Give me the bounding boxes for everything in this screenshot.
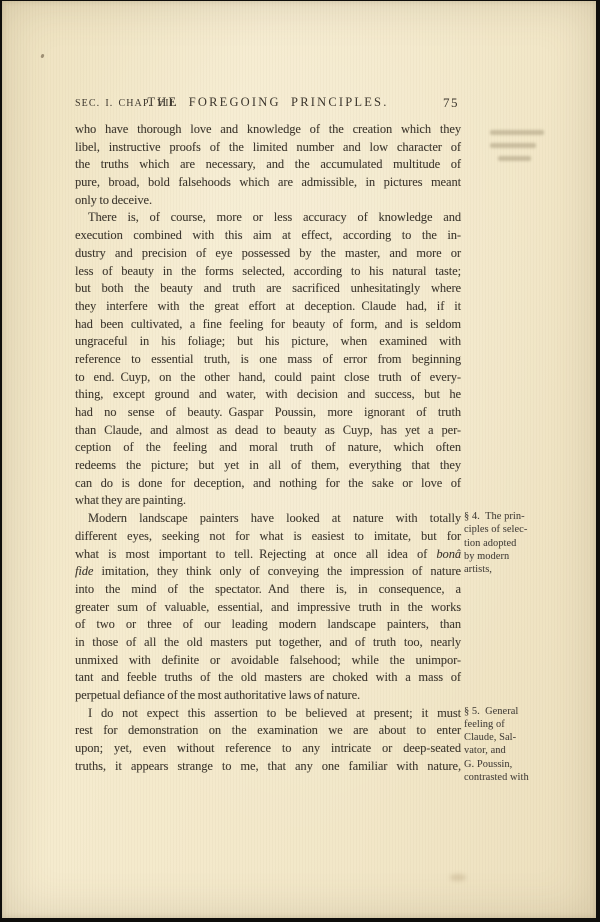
text-segment: I do not expect this assertion to be bel…	[88, 706, 461, 720]
text-segment: tant and feeble truths of the old master…	[75, 670, 461, 684]
text-line: reference to essential truth, is one mas…	[75, 351, 461, 369]
text-line: but both the beauty and truth are sacrif…	[75, 280, 461, 298]
paragraph: who have thorough love and knowledge of …	[75, 121, 461, 209]
text-line: unmixed with definite or avoidable false…	[75, 652, 461, 670]
text-segment: Modern landscape painters have looked at…	[88, 511, 461, 525]
text-line: fide imitation, they think only of conve…	[75, 563, 461, 581]
text-line: in those of all the old masters put toge…	[75, 634, 461, 652]
text-segment: reference to essential truth, is one mas…	[75, 352, 461, 366]
text-line: execution combined with this aim at effe…	[75, 227, 461, 245]
text-line: less of beauty in the forms selected, ac…	[75, 263, 461, 281]
text-line: rest for demonstration on the examinatio…	[75, 722, 461, 740]
text-line: There is, of course, more or less accura…	[75, 209, 461, 227]
text-segment: but both the beauty and truth are sacrif…	[75, 281, 461, 295]
text-line: I do not expect this assertion to be bel…	[75, 705, 461, 723]
show-through-ghost-line	[490, 143, 536, 148]
text-segment: less of beauty in the forms selected, ac…	[75, 264, 461, 278]
margin-note-line: feeling of	[464, 718, 558, 731]
text-line: who have thorough love and knowledge of …	[75, 121, 461, 139]
text-segment: different eyes, seeking not for what is …	[75, 529, 461, 543]
text-segment: upon; yet, even without reference to any…	[75, 741, 461, 755]
text-segment: truths, it appears strange to me, that a…	[75, 759, 461, 773]
text-segment: than Claude, and almost as dead to beaut…	[75, 423, 461, 437]
text-segment: imitation, they think only of conveying …	[93, 564, 461, 578]
text-line: what they are painting.	[75, 492, 461, 510]
text-line: tant and feeble truths of the old master…	[75, 669, 461, 687]
margin-note-line: contrasted with	[464, 771, 558, 784]
text-line: ungraceful in his foliage; but his pictu…	[75, 333, 461, 351]
scanned-book-page: SEC. I. CHAP. VII. THE FOREGOING PRINCIP…	[0, 0, 600, 922]
margin-note-line: by modern	[464, 550, 558, 563]
text-line: dustry and precision of eye possessed by…	[75, 245, 461, 263]
text-segment: ungraceful in his foliage; but his pictu…	[75, 334, 461, 348]
text-line: thing, except ground and water, with dec…	[75, 386, 461, 404]
italic-text-segment: bonâ	[436, 547, 461, 561]
text-line: of two or three of our leading modern la…	[75, 616, 461, 634]
text-line: truths, it appears strange to me, that a…	[75, 758, 461, 776]
text-line: ception of the feeling and moral truth o…	[75, 439, 461, 457]
margin-note-line: artists,	[464, 563, 558, 576]
page: SEC. I. CHAP. VII. THE FOREGOING PRINCIP…	[2, 1, 596, 918]
text-segment: redeems the picture; but yet in all of t…	[75, 458, 461, 472]
margin-note: § 5. Generalfeeling ofClaude, Sal-vator,…	[464, 705, 558, 784]
text-segment: greater sum of valuable, essential, and …	[75, 600, 461, 614]
text-segment: libel, instructive proofs of the limited…	[75, 140, 461, 154]
text-segment: thing, except ground and water, with dec…	[75, 387, 461, 401]
text-segment: of two or three of our leading modern la…	[75, 617, 461, 631]
text-line: than Claude, and almost as dead to beaut…	[75, 422, 461, 440]
paragraph: There is, of course, more or less accura…	[75, 209, 461, 510]
text-segment: the truths which are necessary, and the …	[75, 157, 461, 171]
text-segment: what is most important to tell. Rejectin…	[75, 547, 436, 561]
text-line: Modern landscape painters have looked at…	[75, 510, 461, 528]
text-segment: can do is done for deception, and nothin…	[75, 476, 461, 490]
page-header: SEC. I. CHAP. VII. THE FOREGOING PRINCIP…	[75, 95, 461, 112]
text-line: libel, instructive proofs of the limited…	[75, 139, 461, 157]
text-segment: what they are painting.	[75, 493, 186, 507]
text-line: into the mind of the spectator. And ther…	[75, 581, 461, 599]
show-through-ghost-line	[490, 130, 544, 135]
text-line: had no sense of beauty. Gaspar Poussin, …	[75, 404, 461, 422]
text-segment: ception of the feeling and moral truth o…	[75, 440, 461, 454]
text-segment: unmixed with definite or avoidable false…	[75, 653, 461, 667]
show-through-ghost-line	[498, 156, 531, 161]
text-column: who have thorough love and knowledge of …	[75, 121, 461, 775]
text-line: can do is done for deception, and nothin…	[75, 475, 461, 493]
text-segment: perpetual defiance of the most authorita…	[75, 688, 360, 702]
running-head-title: THE FOREGOING PRINCIPLES.	[147, 95, 388, 110]
ink-speck	[40, 54, 44, 59]
text-segment: to end. Cuyp, on the other hand, could p…	[75, 370, 461, 384]
text-segment: had been cultivated, a fine feeling for …	[75, 317, 461, 331]
text-line: pure, broad, bold falsehoods which are a…	[75, 174, 461, 192]
margin-note-line: G. Poussin,	[464, 758, 558, 771]
text-segment: they interfere with the great effort at …	[75, 299, 461, 313]
text-line: they interfere with the great effort at …	[75, 298, 461, 316]
paper-smudge	[450, 874, 466, 881]
text-segment: into the mind of the spectator. And ther…	[75, 582, 461, 596]
text-line: upon; yet, even without reference to any…	[75, 740, 461, 758]
text-segment: who have thorough love and knowledge of …	[75, 122, 461, 136]
margin-note-line: vator, and	[464, 744, 558, 757]
text-segment: execution combined with this aim at effe…	[75, 228, 461, 242]
text-segment: There is, of course, more or less accura…	[88, 210, 461, 224]
text-segment: pure, broad, bold falsehoods which are a…	[75, 175, 461, 189]
text-line: to end. Cuyp, on the other hand, could p…	[75, 369, 461, 387]
text-segment: had no sense of beauty. Gaspar Poussin, …	[75, 405, 461, 419]
margin-note-line: § 5. General	[464, 705, 558, 718]
text-line: what is most important to tell. Rejectin…	[75, 546, 461, 564]
margin-note-line: ciples of selec-	[464, 523, 558, 536]
margin-note-line: Claude, Sal-	[464, 731, 558, 744]
page-number: 75	[443, 95, 459, 111]
text-line: redeems the picture; but yet in all of t…	[75, 457, 461, 475]
paragraph: I do not expect this assertion to be bel…	[75, 705, 461, 776]
margin-note: § 4. The prin-ciples of selec-tion adopt…	[464, 510, 558, 576]
text-line: only to deceive.	[75, 192, 461, 210]
text-line: the truths which are necessary, and the …	[75, 156, 461, 174]
text-segment: rest for demonstration on the examinatio…	[75, 723, 461, 737]
text-line: greater sum of valuable, essential, and …	[75, 599, 461, 617]
italic-text-segment: fide	[75, 564, 93, 578]
text-line: had been cultivated, a fine feeling for …	[75, 316, 461, 334]
text-line: different eyes, seeking not for what is …	[75, 528, 461, 546]
paragraph: Modern landscape painters have looked at…	[75, 510, 461, 705]
margin-note-line: tion adopted	[464, 537, 558, 550]
text-segment: in those of all the old masters put toge…	[75, 635, 461, 649]
text-segment: only to deceive.	[75, 193, 152, 207]
text-line: perpetual defiance of the most authorita…	[75, 687, 461, 705]
text-segment: dustry and precision of eye possessed by…	[75, 246, 461, 260]
margin-note-line: § 4. The prin-	[464, 510, 558, 523]
